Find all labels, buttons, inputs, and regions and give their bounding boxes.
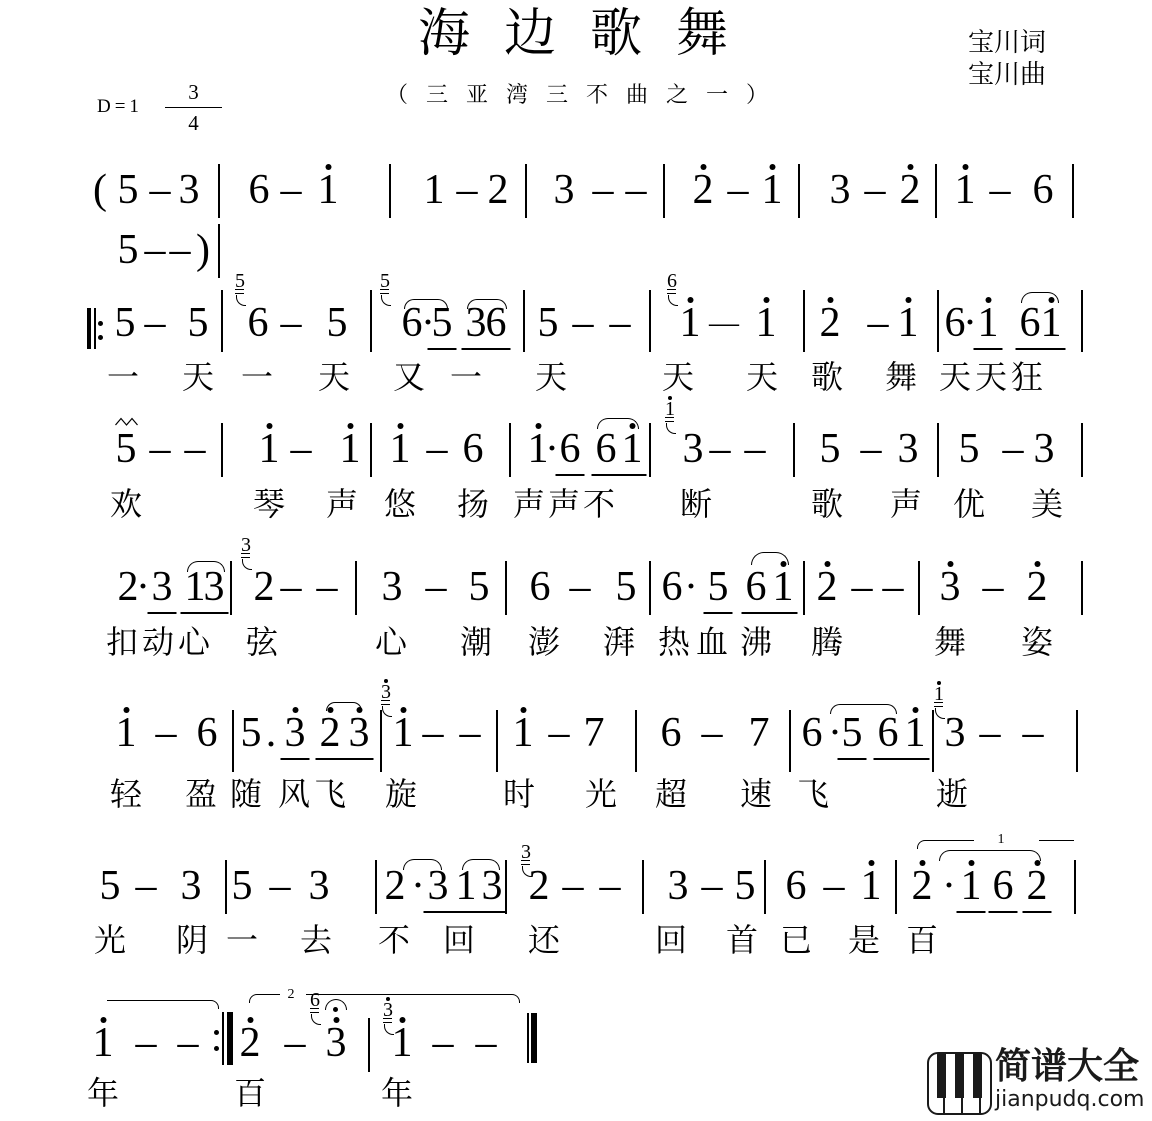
sustain-dash: – <box>549 712 570 754</box>
repeat-start-thin-bar <box>94 308 96 349</box>
note: 5 <box>538 302 559 344</box>
grace-slur <box>935 708 945 719</box>
lyric: 阴 <box>176 923 208 957</box>
lyric: 还 <box>528 923 560 957</box>
note: 3 <box>830 169 851 211</box>
lyric: 百 <box>234 1076 266 1110</box>
note: 1 <box>116 712 137 754</box>
sustain-dash: – <box>427 428 448 470</box>
sustain-dash: – <box>145 229 166 271</box>
bar-line <box>932 710 934 772</box>
augmentation-dot: · <box>942 865 956 907</box>
grace-note-digit: 1 <box>665 399 675 419</box>
note: 6 <box>786 865 807 907</box>
bar-line <box>1072 164 1074 218</box>
grace-note-digit: 5 <box>380 271 390 291</box>
note: 5 <box>327 302 348 344</box>
note: 6 <box>878 712 899 754</box>
repeat-dot <box>214 1046 219 1051</box>
bar-line <box>389 164 391 218</box>
bar-line <box>225 860 227 914</box>
augmentation-dot: · <box>963 302 977 344</box>
note: 3 <box>285 712 306 754</box>
sustain-dash: – <box>1003 428 1024 470</box>
sustain-dash: – <box>990 169 1011 211</box>
lyric: 随 <box>230 777 262 811</box>
lyric: 姿 <box>1021 625 1053 659</box>
bar-line <box>232 710 234 772</box>
sustain-dash: – <box>281 169 302 211</box>
lyric: 风 <box>278 777 310 811</box>
note: 3 <box>382 566 403 608</box>
note: 1 <box>762 169 783 211</box>
note: 5 <box>469 566 490 608</box>
lyric: 天 <box>318 360 350 394</box>
lyric: 不 <box>378 923 410 957</box>
sustain-dash: – <box>136 865 157 907</box>
sustain-dash: – <box>291 428 312 470</box>
lyric: 美 <box>1031 487 1063 521</box>
volta-bracket <box>1039 840 1074 849</box>
lyric: 天 <box>182 360 214 394</box>
grace-slur <box>236 295 246 306</box>
bar-line <box>218 224 220 278</box>
lyric: 已 <box>780 923 812 957</box>
final-thick-bar <box>531 1013 537 1063</box>
note: 1 <box>680 302 701 344</box>
note: 2 <box>817 566 838 608</box>
black-key <box>955 1054 964 1098</box>
note: 1 <box>259 428 280 470</box>
slur <box>187 561 225 572</box>
lyric: 热 <box>658 625 690 659</box>
note: 1 <box>773 566 794 608</box>
sustain-dash: – <box>861 428 882 470</box>
bar-line <box>375 860 377 914</box>
lyric: 弦 <box>246 625 278 659</box>
bar-line <box>798 164 800 218</box>
lyric: 一 <box>241 360 273 394</box>
note: 3 <box>945 712 966 754</box>
lyric: 扬 <box>457 487 489 521</box>
repeat-dot <box>214 1030 219 1035</box>
slur <box>939 850 1041 861</box>
note: 6 <box>1020 302 1041 344</box>
volta-label: 1 <box>998 833 1005 847</box>
lyric: 飞 <box>314 777 346 811</box>
repeat-dot <box>98 335 103 340</box>
note: 1 <box>1041 302 1062 344</box>
note: 6 <box>560 428 581 470</box>
lyric: 速 <box>740 777 772 811</box>
lyric: 又 <box>393 360 425 394</box>
lyric: 天 <box>746 360 778 394</box>
lyric: 百 <box>906 923 938 957</box>
note: 1 <box>424 169 445 211</box>
lyricist-credit: 宝川词 <box>968 28 1046 58</box>
lyric: 一 <box>450 360 482 394</box>
sustain-dash: – <box>570 566 591 608</box>
note: 3 <box>428 865 449 907</box>
slur <box>404 299 448 309</box>
note: 1 <box>390 428 411 470</box>
note: 1 <box>978 302 999 344</box>
repeat-end-thin-bar <box>222 1012 224 1065</box>
augmentation-dot: · <box>136 566 150 608</box>
note: 2 <box>488 169 509 211</box>
lyric: 澎 <box>528 625 560 659</box>
bar-line <box>1081 423 1083 477</box>
note: 6 <box>661 712 682 754</box>
slur <box>467 299 507 309</box>
note: 7 <box>749 712 770 754</box>
repeat-dot <box>98 321 103 326</box>
note: 2 <box>385 865 406 907</box>
note: 2 <box>912 865 933 907</box>
sustain-dash: – <box>852 566 873 608</box>
bar-line <box>663 164 665 218</box>
note: 3 <box>898 428 919 470</box>
note: 2 <box>693 169 714 211</box>
note: 6 <box>596 428 617 470</box>
sustain-dash: – <box>824 865 845 907</box>
note: 3 <box>179 169 200 211</box>
lyric: 歌 <box>811 360 843 394</box>
bar-line <box>523 290 525 352</box>
bar-line <box>649 561 651 615</box>
sustain-dash: – <box>285 1022 306 1064</box>
lyric: 轻 <box>110 777 142 811</box>
watermark-name: 简谱大全 <box>995 1046 1139 1088</box>
sustain-dash: – <box>476 1022 497 1064</box>
note: 5 <box>959 428 980 470</box>
sustain-dash: – <box>728 169 749 211</box>
grace-slur <box>311 1014 321 1025</box>
note: 3 <box>940 566 961 608</box>
sustain-dash: – <box>281 302 302 344</box>
grace-slur <box>666 423 676 434</box>
bar-line <box>509 423 511 477</box>
lyric: 天 <box>939 360 971 394</box>
sustain-dash: – <box>745 428 766 470</box>
sustain-dash: – <box>457 169 478 211</box>
lyric: 旋 <box>385 777 417 811</box>
fraction-line <box>165 107 222 108</box>
paren-close: ) <box>196 229 210 271</box>
bar-line <box>1076 710 1078 772</box>
note: 5 <box>616 566 637 608</box>
sustain-dash: – <box>883 566 904 608</box>
song-subtitle: （三亚湾三不曲之一） <box>386 82 786 110</box>
lyric: 狂 <box>1011 360 1043 394</box>
bar-line <box>505 860 507 914</box>
sustain-dash: – <box>868 302 889 344</box>
note: 2 <box>1027 865 1048 907</box>
lyric: 飞 <box>797 777 829 811</box>
note: 1 <box>622 428 643 470</box>
sustain-dash: – <box>270 865 291 907</box>
final-thin-bar <box>527 1013 529 1063</box>
augmentation-dot: . <box>266 712 277 754</box>
bar-line <box>649 290 651 352</box>
note: 1 <box>756 302 777 344</box>
sustain-dash: – <box>983 566 1004 608</box>
sustain-dash: – <box>185 428 206 470</box>
note: 7 <box>584 712 605 754</box>
sustain-dash: – <box>980 712 1001 754</box>
volta-label: 2 <box>288 988 295 1002</box>
song-title: 海边歌舞 <box>418 4 762 64</box>
slur <box>326 702 362 711</box>
lyric: 年 <box>87 1076 119 1110</box>
lyric: 光 <box>94 923 126 957</box>
note: 6 <box>249 169 270 211</box>
lyric: 声 <box>548 487 580 521</box>
note: 1 <box>905 712 926 754</box>
lyric: 潮 <box>460 625 492 659</box>
lyric: 回 <box>443 923 475 957</box>
composer-credit: 宝川曲 <box>968 60 1046 90</box>
grace-slur <box>668 295 678 306</box>
piano-icon <box>927 1052 992 1115</box>
bar-line <box>937 290 939 352</box>
sustain-dash: – <box>433 1022 454 1064</box>
note: 6 <box>248 302 269 344</box>
note: 3 <box>349 712 370 754</box>
lyric: 舞 <box>885 360 917 394</box>
note: 1 <box>318 169 339 211</box>
note: 3 <box>1034 428 1055 470</box>
grace-note-digit: 3 <box>521 842 531 862</box>
note: 3 <box>204 566 225 608</box>
note: 3 <box>554 169 575 211</box>
bar-line <box>937 423 939 477</box>
note: 3 <box>683 428 704 470</box>
sustain-dash: – <box>423 712 444 754</box>
bar-line <box>355 561 357 615</box>
lyric: 湃 <box>603 625 635 659</box>
note: 5 <box>115 302 136 344</box>
note: 5 <box>708 566 729 608</box>
bar-line <box>635 710 637 772</box>
note: 5 <box>232 865 253 907</box>
sustain-dash: – <box>1023 712 1044 754</box>
grace-slur <box>242 559 252 570</box>
lyric: 血 <box>696 625 728 659</box>
lyric: 欢 <box>110 487 142 521</box>
note: 5 <box>188 302 209 344</box>
sustain-dash: – <box>145 302 166 344</box>
bar-line <box>642 860 644 914</box>
grace-slur <box>381 295 391 306</box>
note: 5 <box>100 865 121 907</box>
sustain-dash: – <box>610 302 631 344</box>
watermark-url: jianpudq.com <box>995 1087 1144 1113</box>
lyric: 琴 <box>253 487 285 521</box>
sustain-dash: – <box>573 302 594 344</box>
note: 5 <box>842 712 863 754</box>
time-signature: 3 4 <box>165 80 222 135</box>
note: 6 <box>802 712 823 754</box>
sustain-dash: – <box>426 566 447 608</box>
grace-note-digit: 3 <box>381 682 391 702</box>
bar-line <box>895 860 897 914</box>
fermata-dot <box>333 1007 338 1012</box>
note: 2 <box>900 169 921 211</box>
sustain-dash: – <box>170 229 191 271</box>
lyric: 声 <box>890 487 922 521</box>
volta-bracket <box>249 994 280 1003</box>
note: 3 <box>482 865 503 907</box>
note: 5 <box>241 712 262 754</box>
sustain-dash: – <box>626 169 647 211</box>
note: 1 <box>898 302 919 344</box>
bar-line <box>505 561 507 615</box>
note: 1 <box>955 169 976 211</box>
sustain-dash: – <box>600 865 621 907</box>
sustain-dash: – <box>150 428 171 470</box>
black-key <box>937 1054 946 1098</box>
lyric: 沸 <box>740 625 772 659</box>
slur <box>597 418 639 429</box>
sustain-dash: – <box>156 712 177 754</box>
repeat-start-thick-bar <box>87 308 91 349</box>
key-signature: D=1 <box>97 97 143 117</box>
grace-note-digit: 5 <box>235 271 245 291</box>
lyric: 舞 <box>934 625 966 659</box>
lyric: 回 <box>655 923 687 957</box>
lyric: 动 <box>142 625 174 659</box>
lyric: 断 <box>680 487 712 521</box>
note: 2 <box>240 1022 261 1064</box>
repeat-end-thick-bar <box>227 1012 233 1065</box>
volta-bracket <box>107 1000 219 1009</box>
note: 6 <box>463 428 484 470</box>
sustain-dash: – <box>563 865 584 907</box>
note: 1 <box>513 712 534 754</box>
lyric: 悠 <box>384 487 416 521</box>
lyric: 心 <box>375 625 407 659</box>
lyric: 去 <box>300 923 332 957</box>
note: 1 <box>961 865 982 907</box>
lyric: 是 <box>848 923 880 957</box>
augmentation-dot: · <box>411 865 425 907</box>
note: 6 <box>993 865 1014 907</box>
slur <box>830 704 897 714</box>
note: 3 <box>152 566 173 608</box>
note: 6 <box>662 566 683 608</box>
bar-line <box>935 164 937 218</box>
bar-line <box>525 164 527 218</box>
bar-line <box>789 710 791 772</box>
bar-line <box>1074 860 1076 914</box>
note: 5 <box>118 229 139 271</box>
bar-line <box>218 164 220 218</box>
lyric: 逝 <box>936 777 968 811</box>
note: 2 <box>820 302 841 344</box>
lyric: 天 <box>535 360 567 394</box>
note: 6 <box>1033 169 1054 211</box>
bar-line <box>803 561 805 615</box>
lyric: 歌 <box>811 487 843 521</box>
bar-line <box>370 290 372 352</box>
bar-line <box>368 1018 370 1072</box>
note: 2 <box>529 865 550 907</box>
note: 3 <box>668 865 689 907</box>
lyric: 天 <box>662 360 694 394</box>
lyric: 盈 <box>185 777 217 811</box>
lyric: 腾 <box>811 625 843 659</box>
time-signature-denominator: 4 <box>165 113 222 133</box>
augmentation-dot: · <box>545 428 559 470</box>
bar-line <box>764 860 766 914</box>
note: 3 <box>326 1022 347 1064</box>
sustain-dash: – <box>702 865 723 907</box>
note: 1 <box>393 712 414 754</box>
sustain-dash: – <box>710 428 731 470</box>
note: 3 <box>181 865 202 907</box>
bar-line <box>230 561 232 615</box>
grace-note-digit: 6 <box>310 990 320 1010</box>
slur <box>403 859 442 870</box>
augmentation-dot: · <box>828 712 842 754</box>
grace-note-digit: 3 <box>383 1000 393 1020</box>
lyric: 声 <box>513 487 545 521</box>
lyric: 声 <box>326 487 358 521</box>
slur <box>462 859 500 870</box>
lyric: 超 <box>655 777 687 811</box>
note: 1 <box>861 865 882 907</box>
note: 2 <box>254 566 275 608</box>
grace-note-digit: 1 <box>934 684 944 704</box>
bar-line <box>649 423 651 477</box>
note: 1 <box>456 865 477 907</box>
note: 1 <box>392 1022 413 1064</box>
bar-line <box>380 710 382 772</box>
augmentation-dot: · <box>684 566 698 608</box>
lyric: 年 <box>381 1076 413 1110</box>
note: 2 <box>320 712 341 754</box>
lyric: 首 <box>726 923 758 957</box>
note: 5 <box>118 169 139 211</box>
lyric: 天 <box>975 360 1007 394</box>
note: 1 <box>93 1022 114 1064</box>
lyric: 心 <box>178 625 210 659</box>
note: 5 <box>116 428 137 470</box>
bar-line <box>793 423 795 477</box>
lyric: 优 <box>953 487 985 521</box>
paren-open: ( <box>93 169 107 211</box>
note: 5 <box>735 865 756 907</box>
sustain-dash: – <box>702 712 723 754</box>
sustain-dash: – <box>178 1022 199 1064</box>
note: 1 <box>340 428 361 470</box>
volta-bracket <box>917 840 974 849</box>
bar-line <box>918 561 920 615</box>
bar-line <box>803 290 805 352</box>
lyric: 一 <box>226 923 258 957</box>
note: 2 <box>1027 566 1048 608</box>
note: 1 <box>185 566 206 608</box>
time-signature-numerator: 3 <box>165 82 222 102</box>
slur <box>751 552 789 565</box>
slur <box>1021 292 1059 303</box>
sustain-dash: – <box>136 1022 157 1064</box>
lyric: 时 <box>503 777 535 811</box>
grace-note-digit: 3 <box>241 535 251 555</box>
grace-note-digit: 6 <box>667 271 677 291</box>
sustain-dash: – <box>865 169 886 211</box>
